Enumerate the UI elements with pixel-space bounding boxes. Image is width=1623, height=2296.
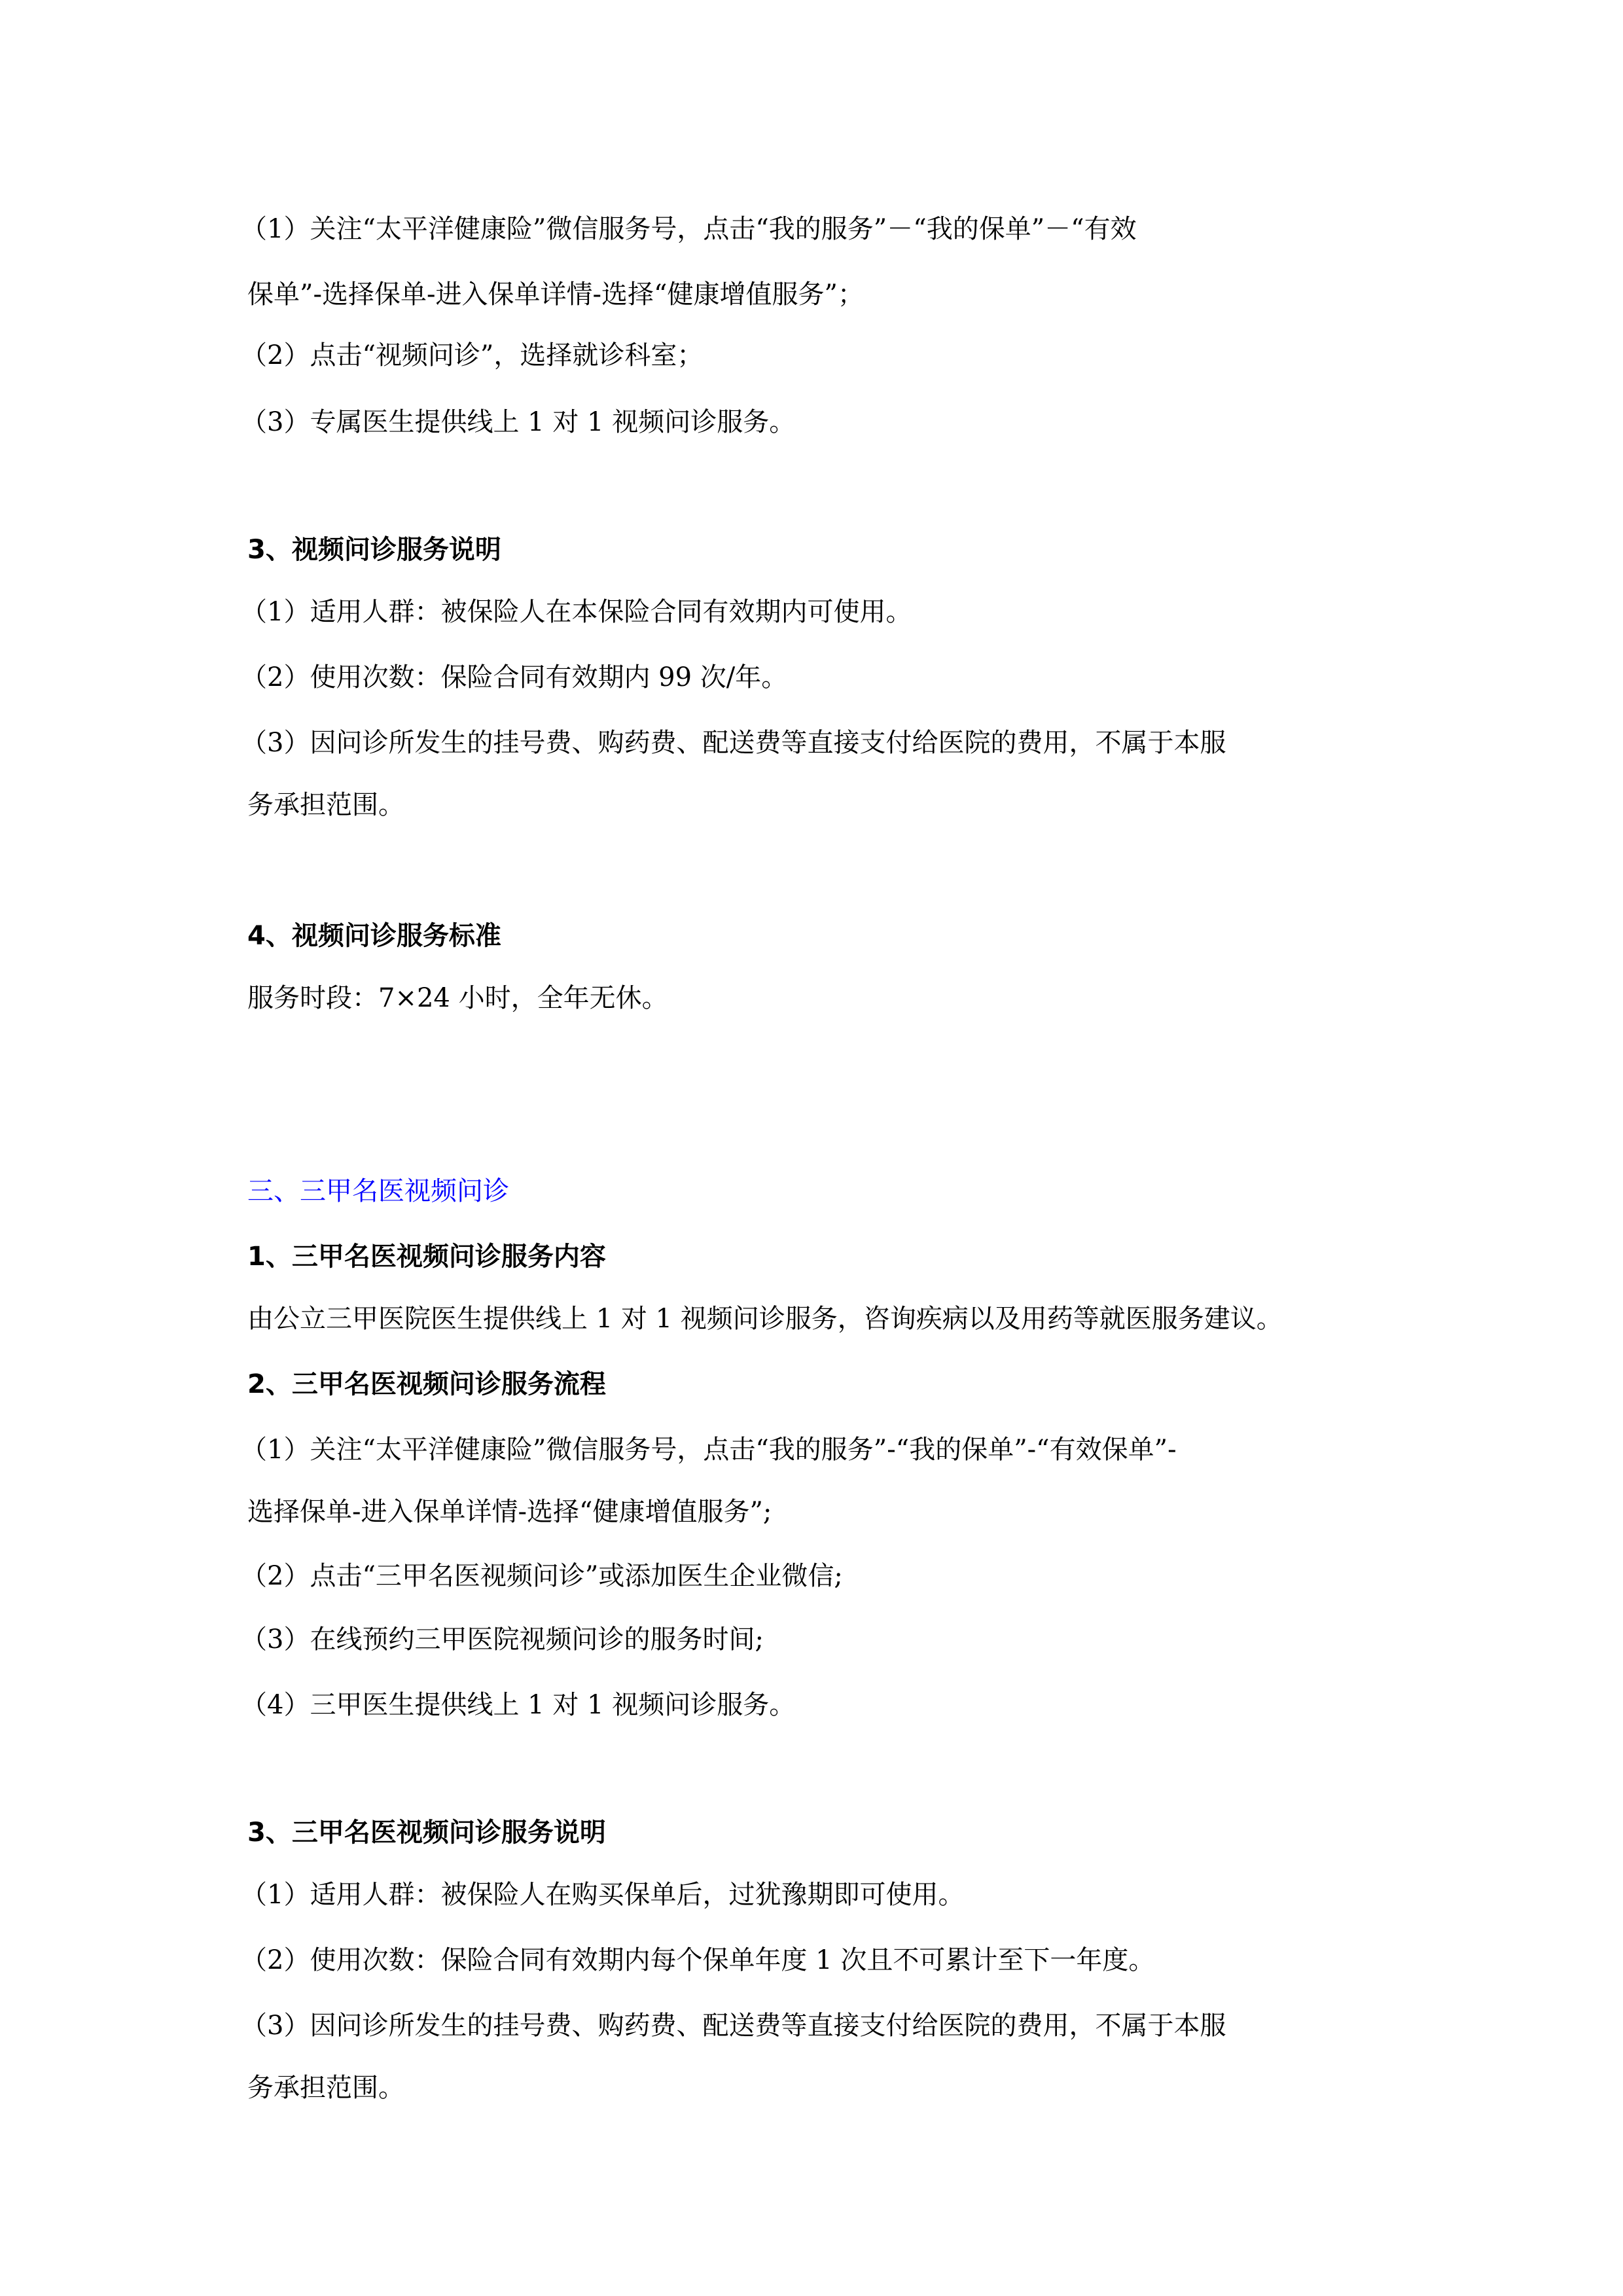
- section-heading-service-procedure: 2、三甲名医视频问诊服务流程: [247, 1369, 606, 1400]
- section-heading-video-consult-description: 3、视频问诊服务说明: [247, 534, 501, 565]
- service-content-text: 由公立三甲医院医生提供线上 1 对 1 视频问诊服务，咨询疾病以及用药等就医服务…: [247, 1303, 1283, 1335]
- top-tier-procedure-step-4: （4）三甲医生提供线上 1 对 1 视频问诊服务。: [241, 1689, 795, 1721]
- top-tier-procedure-step-1: （1）关注“太平洋健康险”微信服务号，点击“我的服务”-“我的保单”-“有效保单…: [241, 1434, 1177, 1465]
- section-heading-service-content: 1、三甲名医视频问诊服务内容: [247, 1241, 606, 1272]
- description-item-3: （3）因问诊所发生的挂号费、购药费、配送费等直接支付给医院的费用，不属于本服: [241, 727, 1226, 759]
- procedure-step-1: （1）关注“太平洋健康险”微信服务号，点击“我的服务”－“我的保单”－“有效: [241, 213, 1137, 245]
- service-hours: 服务时段：7×24 小时，全年无休。: [247, 982, 668, 1014]
- description-item-1: （1）适用人群：被保险人在本保险合同有效期内可使用。: [241, 596, 912, 628]
- top-tier-procedure-step-1-continued: 选择保单-进入保单详情-选择“健康增值服务”;: [247, 1496, 772, 1528]
- section-heading-service-description: 3、三甲名医视频问诊服务说明: [247, 1817, 606, 1848]
- top-tier-procedure-step-3: （3）在线预约三甲医院视频问诊的服务时间;: [241, 1624, 764, 1655]
- top-tier-description-item-2: （2）使用次数：保险合同有效期内每个保单年度 1 次且不可累计至下一年度。: [241, 1945, 1154, 1976]
- description-item-3-continued: 务承担范围。: [247, 789, 404, 821]
- top-tier-description-item-3-continued: 务承担范围。: [247, 2072, 404, 2104]
- top-tier-procedure-step-2: （2）点击“三甲名医视频问诊”或添加医生企业微信;: [241, 1560, 843, 1592]
- top-tier-description-item-3: （3）因问诊所发生的挂号费、购药费、配送费等直接支付给医院的费用，不属于本服: [241, 2010, 1226, 2041]
- procedure-step-3: （3）专属医生提供线上 1 对 1 视频问诊服务。: [241, 406, 795, 438]
- description-item-2: （2）使用次数：保险合同有效期内 99 次/年。: [241, 662, 787, 693]
- procedure-step-2: （2）点击“视频问诊”，选择就诊科室；: [241, 340, 703, 371]
- part-title-top-tier-video-consult: 三、三甲名医视频问诊: [247, 1175, 509, 1207]
- procedure-step-1-continued: 保单”-选择保单-进入保单详情-选择“健康增值服务”；: [247, 279, 864, 310]
- section-heading-video-consult-standard: 4、视频问诊服务标准: [247, 920, 501, 952]
- top-tier-description-item-1: （1）适用人群：被保险人在购买保单后，过犹豫期即可使用。: [241, 1879, 964, 1910]
